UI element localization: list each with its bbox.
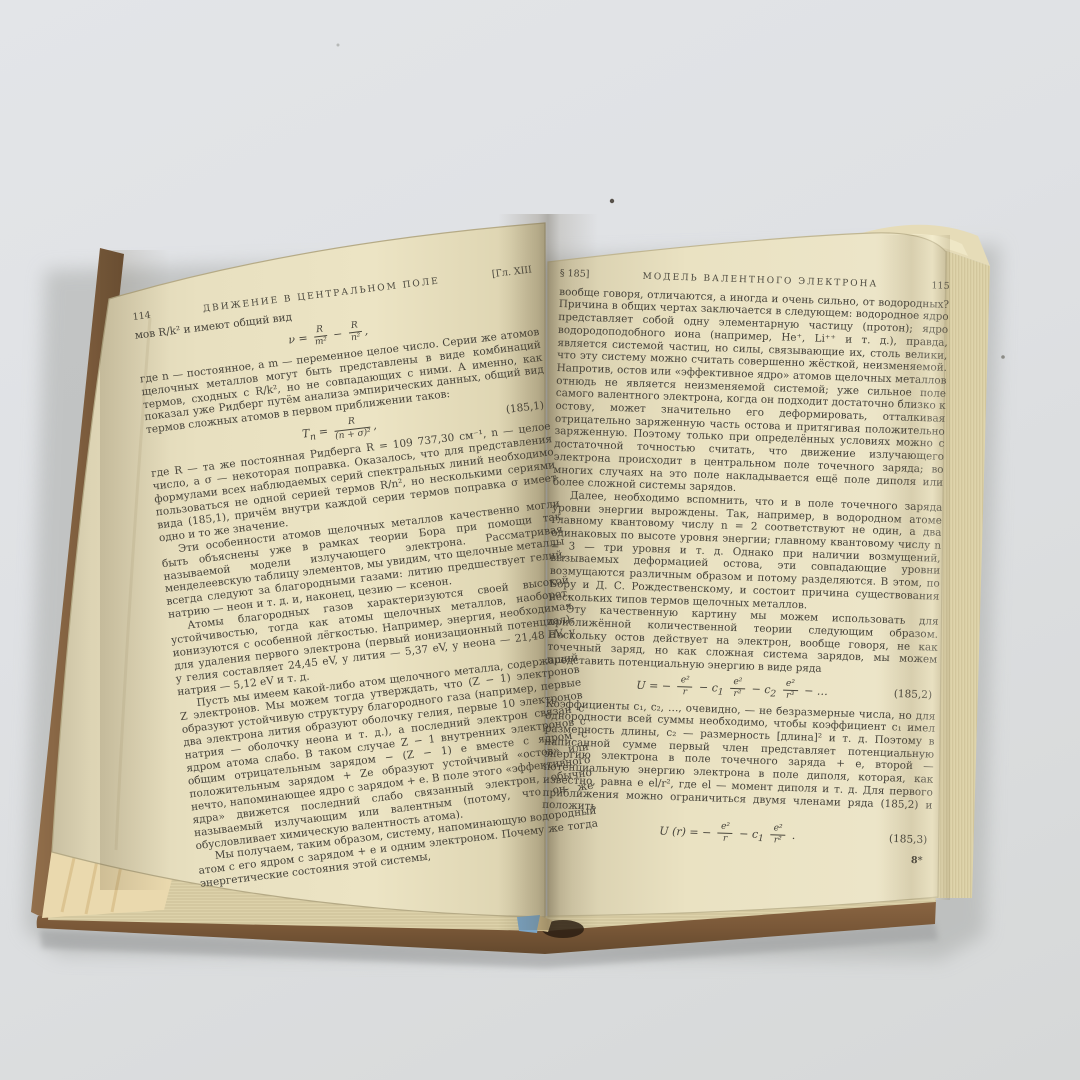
paragraph: вообще говоря, отличаются, а иногда и оч… [553,286,950,502]
left-page-number: 114 [132,310,152,325]
photo-of-open-book: 114 ДВИЖЕНИЕ В ЦЕНТРАЛЬНОМ ПОЛЕ [Гл. XII… [0,0,1080,1080]
section-marker: § 185] [560,268,590,282]
formula-lhs: ν = [288,331,309,346]
right-page-text: § 185] МОДЕЛЬ ВАЛЕНТНОГО ЭЛЕКТРОНА 115 в… [541,268,950,868]
paragraph: Коэффициенты c₁, c₂, …, очевидно, — не б… [542,697,936,824]
fraction: R m² [313,325,328,348]
paragraph: Далее, необходимо вспомнить, что и в пол… [549,489,943,616]
paragraph: Эту качественную картину мы можем исполь… [547,603,939,679]
fraction: e² r² [730,678,746,700]
equation-number: (185,1) [505,400,545,417]
fraction: e² r³ [782,679,798,701]
fraction: R n² [348,321,363,344]
fraction: e² r [717,823,733,845]
equation-number: (185,3) [889,833,928,847]
dust-speck [337,44,340,47]
fraction: R (n + σ)² [333,416,371,442]
left-page-text: 114 ДВИЖЕНИЕ В ЦЕНТРАЛЬНОМ ПОЛЕ [Гл. XII… [132,264,600,891]
minus-sign: − [332,327,343,341]
dust-speck [610,199,614,203]
dust-speck [1001,355,1005,359]
bookmark-fragment [517,915,540,933]
equation-number: (185,2) [894,688,933,702]
right-page-number: 115 [931,280,950,293]
fraction: e² r [677,676,693,698]
fraction: e² r² [770,824,786,846]
